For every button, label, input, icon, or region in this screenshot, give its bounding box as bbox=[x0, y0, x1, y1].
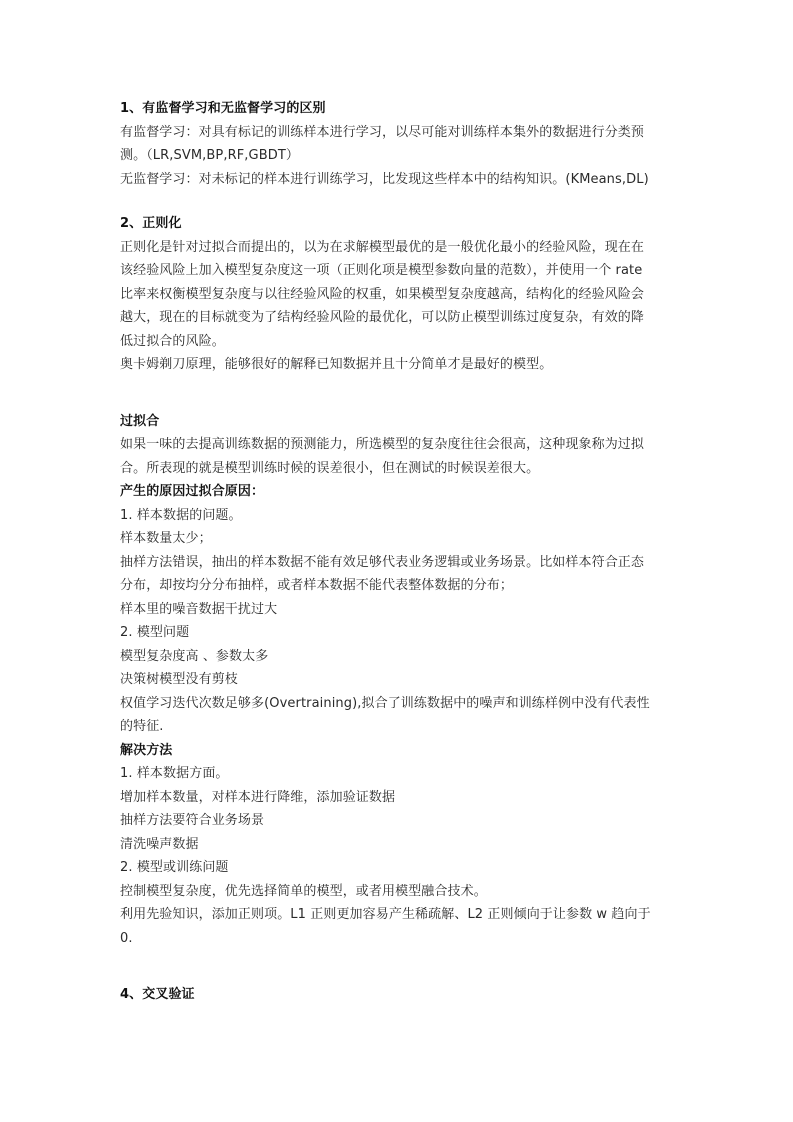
cause-line: 权值学习迭代次数足够多(Overtraining),拟合了训练数据中的噪声和训练… bbox=[120, 692, 680, 716]
solution-line: 增加样本数量，对样本进行降维，添加验证数据 bbox=[120, 786, 680, 810]
cause-line: 样本数量太少； bbox=[120, 527, 680, 551]
section-heading-cross-validation: 4、交叉验证 bbox=[120, 983, 680, 1007]
section-heading-regularization: 2、正则化 bbox=[120, 212, 680, 236]
cause-line: 模型复杂度高 、参数太多 bbox=[120, 645, 680, 669]
paragraph-supervised-line-2: 测。（LR,SVM,BP,RF,GBDT） bbox=[120, 144, 680, 168]
section-heading-supervised-vs-unsupervised: 1、有监督学习和无监督学习的区别 bbox=[120, 97, 680, 121]
paragraph-regularization-line: 该经验风险上加入模型复杂度这一项（正则化项是模型参数向量的范数），并使用一个 r… bbox=[120, 259, 680, 283]
cause-line: 抽样方法错误，抽出的样本数据不能有效足够代表业务逻辑或业务场景。比如样本符合正态 bbox=[120, 551, 680, 575]
paragraph-regularization-line: 比率来权衡模型复杂度与以往经验风险的权重，如果模型复杂度越高，结构化的经验风险会 bbox=[120, 283, 680, 307]
paragraph-unsupervised: 无监督学习：对未标记的样本进行训练学习，比发现这些样本中的结构知识。(KMean… bbox=[120, 168, 680, 192]
paragraph-regularization-line: 正则化是针对过拟合而提出的，以为在求解模型最优的是一般优化最小的经验风险，现在在 bbox=[120, 236, 680, 260]
solution-line: 控制模型复杂度，优先选择简单的模型，或者用模型融合技术。 bbox=[120, 880, 680, 904]
cause-line: 决策树模型没有剪枝 bbox=[120, 668, 680, 692]
paragraph-overfitting-line: 如果一味的去提高训练数据的预测能力，所选模型的复杂度往往会很高，这种现象称为过拟 bbox=[120, 433, 680, 457]
spacer bbox=[120, 191, 680, 212]
cause-line: 的特征. bbox=[120, 715, 680, 739]
solution-line: 利用先验知识，添加正则项。L1 正则更加容易产生稀疏解、L2 正则倾向于让参数 … bbox=[120, 903, 680, 927]
solution-line: 0. bbox=[120, 927, 680, 951]
solution-line: 抽样方法要符合业务场景 bbox=[120, 809, 680, 833]
cause-line: 分布，却按均分分布抽样，或者样本数据不能代表整体数据的分布； bbox=[120, 574, 680, 598]
paragraph-occam-razor: 奥卡姆剃刀原理，能够很好的解释已知数据并且十分简单才是最好的模型。 bbox=[120, 353, 680, 377]
document-page: 1、有监督学习和无监督学习的区别 有监督学习：对具有标记的训练样本进行学习，以尽… bbox=[120, 97, 680, 1007]
solution-line: 1. 样本数据方面。 bbox=[120, 762, 680, 786]
solution-line: 清洗噪声数据 bbox=[120, 833, 680, 857]
paragraph-regularization-line: 越大，现在的目标就变为了结构经验风险的最优化，可以防止模型训练过度复杂，有效的降 bbox=[120, 306, 680, 330]
spacer bbox=[120, 377, 680, 410]
subheading-solutions: 解决方法 bbox=[120, 739, 680, 763]
section-heading-overfitting: 过拟合 bbox=[120, 410, 680, 434]
spacer bbox=[120, 950, 680, 983]
paragraph-overfitting-line: 合。所表现的就是模型训练时候的误差很小，但在测试的时候误差很大。 bbox=[120, 457, 680, 481]
subheading-causes: 产生的原因过拟合原因： bbox=[120, 480, 680, 504]
paragraph-supervised-line-1: 有监督学习：对具有标记的训练样本进行学习，以尽可能对训练样本集外的数据进行分类预 bbox=[120, 121, 680, 145]
solution-line: 2. 模型或训练问题 bbox=[120, 856, 680, 880]
cause-line: 1. 样本数据的问题。 bbox=[120, 504, 680, 528]
cause-line: 2. 模型问题 bbox=[120, 621, 680, 645]
paragraph-regularization-line: 低过拟合的风险。 bbox=[120, 330, 680, 354]
cause-line: 样本里的噪音数据干扰过大 bbox=[120, 598, 680, 622]
